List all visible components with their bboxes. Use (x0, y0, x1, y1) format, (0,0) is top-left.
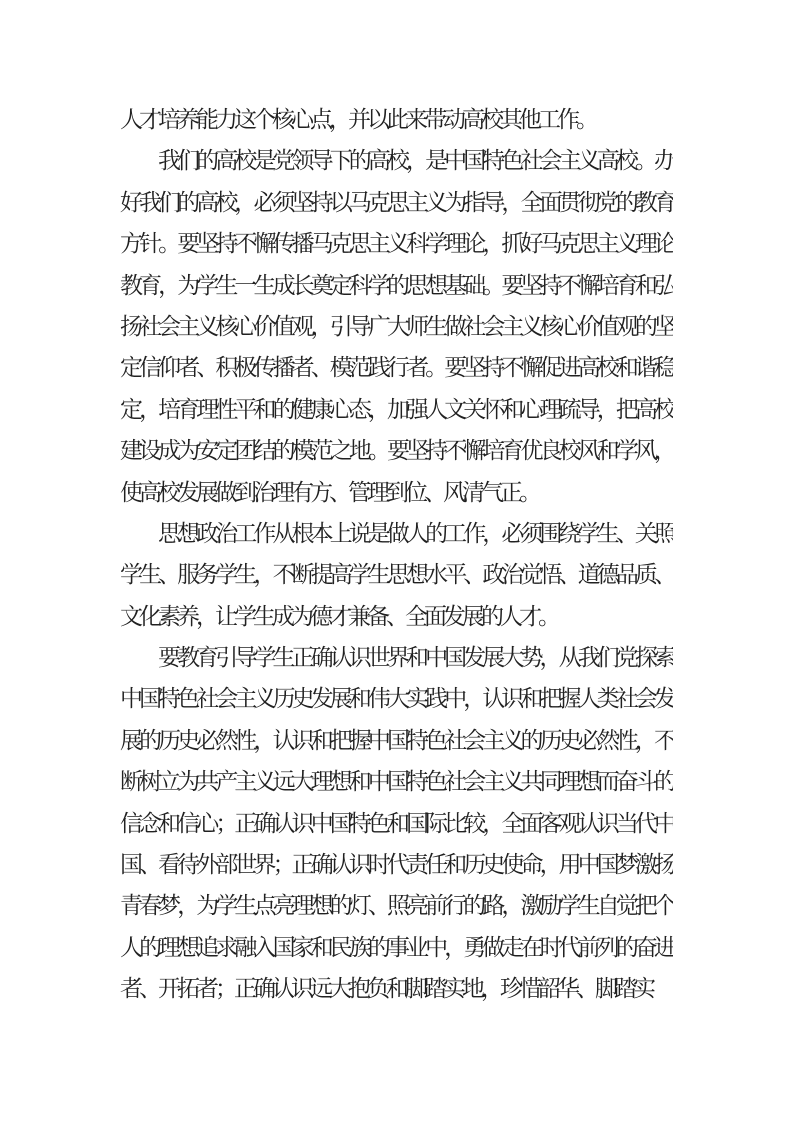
text-line: 人的理想追求融入国家和民族的事业中，勇做走在时代前列的奋进 (120, 927, 673, 968)
document-page: 人才培养能力这个核心点，并以此来带动高校其他工作。我们的高校是党领导下的高校，是… (0, 0, 800, 1130)
text-line: 要教育引导学生正确认识世界和中国发展大势，从我们党探索 (120, 637, 673, 678)
text-line: 者、开拓者；正确认识远大抱负和脚踏实地，珍惜韶华、脚踏实 (120, 968, 673, 1009)
text-block: 人才培养能力这个核心点，并以此来带动高校其他工作。我们的高校是党领导下的高校，是… (120, 99, 673, 1010)
text-line: 国、看待外部世界；正确认识时代责任和历史使命，用中国梦激扬 (120, 844, 673, 885)
text-line: 教育，为学生一生成长奠定科学的思想基础。要坚持不懈培育和弘 (120, 265, 673, 306)
text-line: 扬社会主义核心价值观，引导广大师生做社会主义核心价值观的坚 (120, 306, 673, 347)
text-line: 文化素养，让学生成为德才兼备、全面发展的人才。 (120, 596, 673, 637)
text-line: 青春梦，为学生点亮理想的灯、照亮前行的路，激励学生自觉把个 (120, 885, 673, 926)
text-line: 建设成为安定团结的模范之地。要坚持不懈培育优良校风和学风， (120, 430, 673, 471)
text-line: 展的历史必然性，认识和把握中国特色社会主义的历史必然性，不 (120, 720, 673, 761)
text-line: 定信仰者、积极传播者、模范践行者。要坚持不懈促进高校和谐稳 (120, 347, 673, 388)
text-line: 中国特色社会主义历史发展和伟大实践中，认识和把握人类社会发 (120, 678, 673, 719)
text-line: 人才培养能力这个核心点，并以此来带动高校其他工作。 (120, 99, 673, 140)
text-line: 信念和信心；正确认识中国特色和国际比较，全面客观认识当代中 (120, 803, 673, 844)
text-line: 我们的高校是党领导下的高校，是中国特色社会主义高校。办 (120, 140, 673, 181)
text-line: 断树立为共产主义远大理想和中国特色社会主义共同理想而奋斗的 (120, 761, 673, 802)
text-line: 方针。要坚持不懈传播马克思主义科学理论，抓好马克思主义理论 (120, 223, 673, 264)
text-line: 学生、服务学生，不断提高学生思想水平、政治觉悟、道德品质、 (120, 554, 673, 595)
text-line: 定，培育理性平和的健康心态，加强人文关怀和心理疏导，把高校 (120, 389, 673, 430)
text-line: 好我们的高校，必须坚持以马克思主义为指导，全面贯彻党的教育 (120, 182, 673, 223)
text-line: 思想政治工作从根本上说是做人的工作，必须围绕学生、关照 (120, 513, 673, 554)
text-line: 使高校发展做到治理有方、管理到位、风清气正。 (120, 472, 673, 513)
